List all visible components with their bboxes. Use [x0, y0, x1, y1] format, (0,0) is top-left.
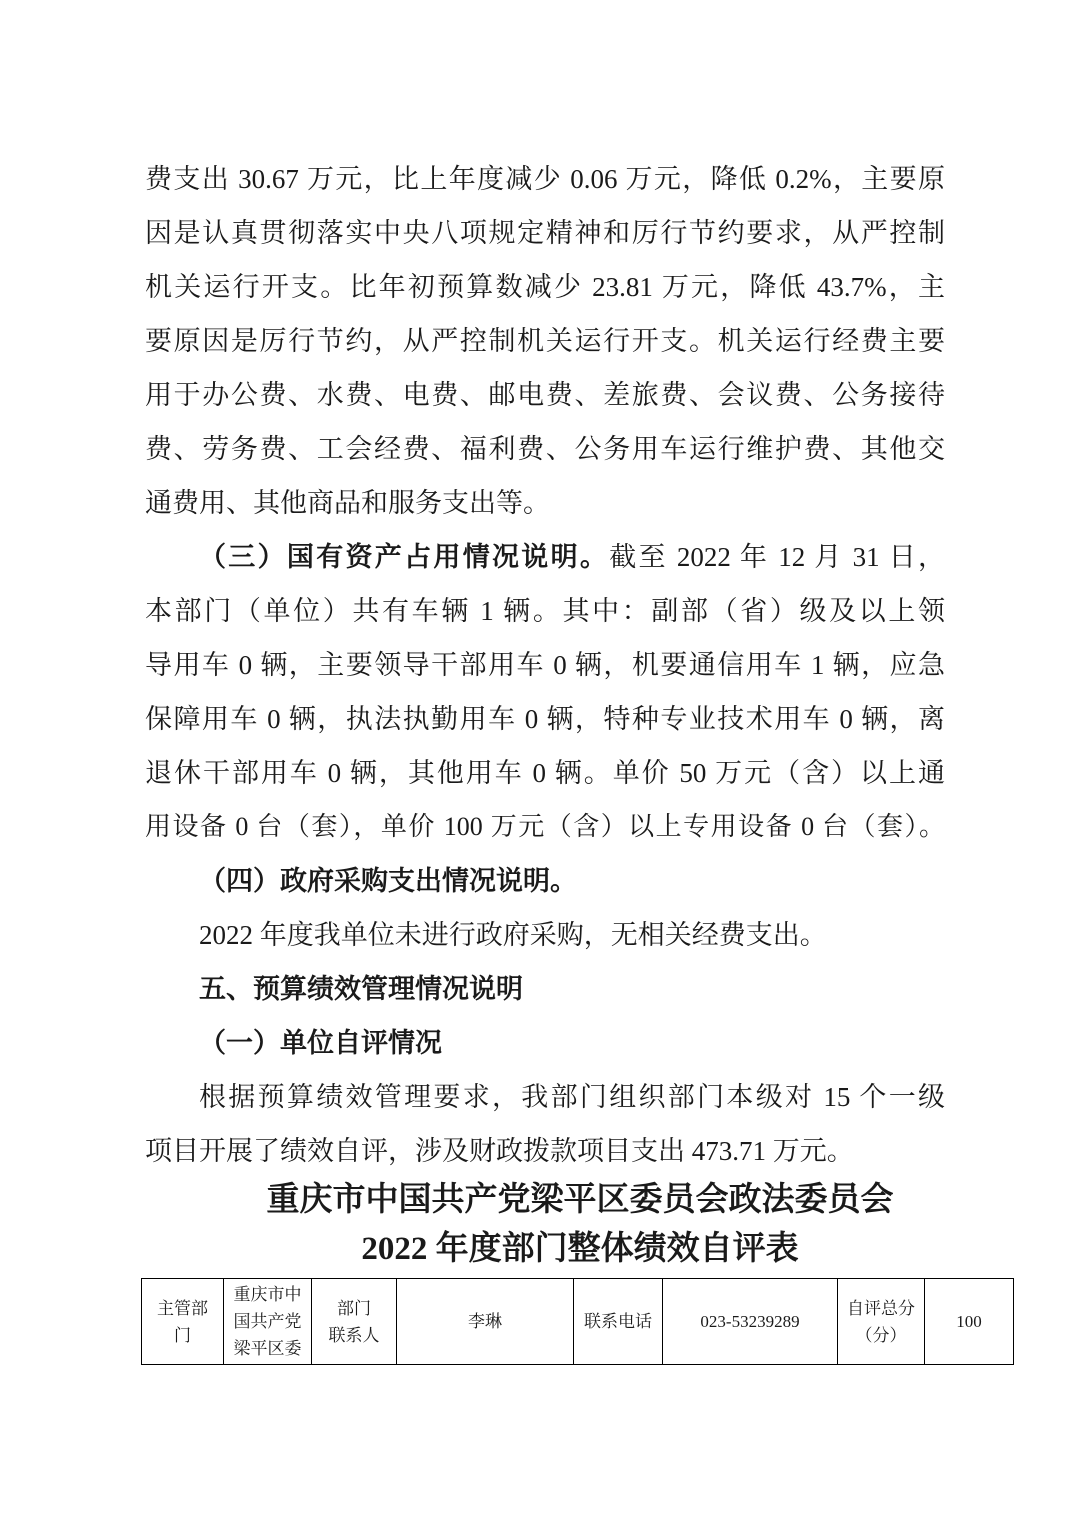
section-3-text: 截至 2022 年 12 月 31 日，: [609, 542, 945, 572]
table-title-year: 2022 年度部门整体绩效自评表: [215, 1222, 945, 1276]
supervisor-dept-label: 主管部 门: [142, 1279, 224, 1365]
body-line-15: 2022 年度我单位未进行政府采购，无相关经费支出。: [145, 908, 945, 962]
body-line-2: 因是认真贯彻落实中央八项规定精神和厉行节约要求，从严控制: [145, 206, 945, 260]
self-score-label: 自评总分 （分）: [838, 1279, 925, 1365]
section-3-heading: （三）国有资产占用情况说明。: [199, 542, 609, 572]
body-line-7: 通费用、其他商品和服务支出等。: [145, 476, 945, 530]
chapter-5-heading: 五、预算绩效管理情况说明: [145, 962, 945, 1016]
body-line-11: 保障用车 0 辆，执法执勤用车 0 辆，特种专业技术用车 0 辆，离: [145, 692, 945, 746]
body-line-4: 要原因是厉行节约，从严控制机关运行开支。机关运行经费主要: [145, 314, 945, 368]
self-score-value: 100: [925, 1279, 1014, 1365]
subsection-1-heading: （一）单位自评情况: [145, 1016, 945, 1070]
body-line-6: 费、劳务费、工会经费、福利费、公务用车运行维护费、其他交: [145, 422, 945, 476]
body-line-12: 退休干部用车 0 辆，其他用车 0 辆。单价 50 万元（含）以上通: [145, 746, 945, 800]
document-body: 费支出 30.67 万元，比上年度减少 0.06 万元，降低 0.2%，主要原 …: [145, 0, 945, 1178]
supervisor-dept-value: 重庆市中 国共产党 梁平区委: [224, 1279, 312, 1365]
body-line-1: 费支出 30.67 万元，比上年度减少 0.06 万元，降低 0.2%，主要原: [145, 152, 945, 206]
phone-label: 联系电话: [574, 1279, 663, 1365]
body-line-5: 用于办公费、水费、电费、邮电费、差旅费、会议费、公务接待: [145, 368, 945, 422]
body-line-8: （三）国有资产占用情况说明。截至 2022 年 12 月 31 日，: [145, 530, 945, 584]
phone-value: 023-53239289: [663, 1279, 838, 1365]
body-line-18: 根据预算绩效管理要求，我部门组织部门本级对 15 个一级: [145, 1070, 945, 1124]
body-line-3: 机关运行开支。比年初预算数减少 23.81 万元，降低 43.7%，主: [145, 260, 945, 314]
table-title-org: 重庆市中国共产党梁平区委员会政法委员会: [215, 1178, 945, 1222]
body-line-9: 本部门（单位）共有车辆 1 辆。其中：副部（省）级及以上领: [145, 584, 945, 638]
contact-person-label: 部门 联系人: [312, 1279, 397, 1365]
table-row: 主管部 门 重庆市中 国共产党 梁平区委 部门 联系人 李琳 联系电话 023-…: [142, 1279, 1014, 1365]
contact-person-value: 李琳: [397, 1279, 574, 1365]
section-4-heading: （四）政府采购支出情况说明。: [145, 854, 945, 908]
body-line-19: 项目开展了绩效自评，涉及财政拨款项目支出 473.71 万元。: [145, 1124, 945, 1178]
self-eval-table: 主管部 门 重庆市中 国共产党 梁平区委 部门 联系人 李琳 联系电话 023-…: [141, 1278, 1014, 1365]
body-line-13: 用设备 0 台（套），单价 100 万元（含）以上专用设备 0 台（套）。: [145, 800, 945, 854]
body-line-10: 导用车 0 辆，主要领导干部用车 0 辆，机要通信用车 1 辆，应急: [145, 638, 945, 692]
